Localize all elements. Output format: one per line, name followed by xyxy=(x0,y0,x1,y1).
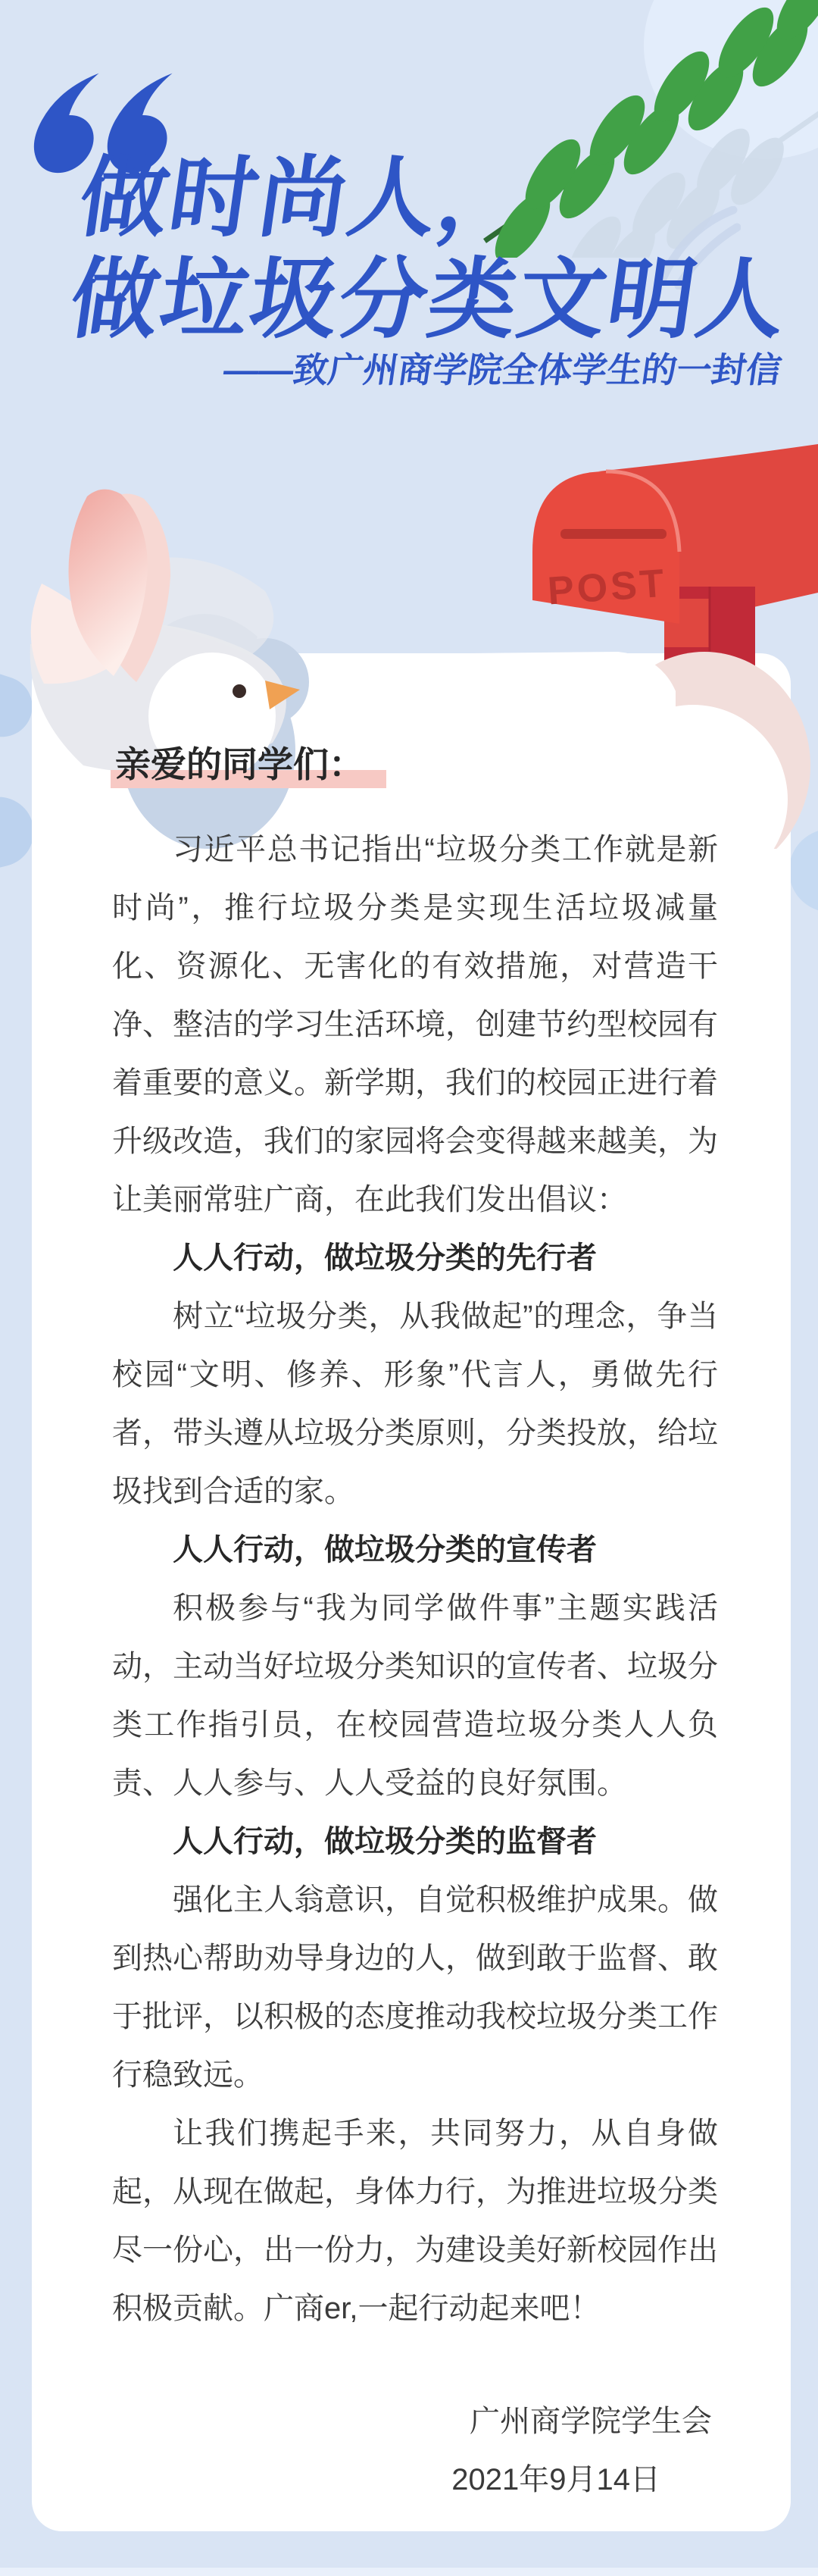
letter-signature-block: 广州商学院学生会 2021年9月14日 xyxy=(112,2393,718,2509)
letter-salutation: 亲爱的同学们： xyxy=(115,737,364,787)
letter-paragraph: 积极参与“我为同学做件事”主题实践活动，主动当好垃圾分类知识的宣传者、垃圾分类工… xyxy=(112,1579,718,1813)
bottom-strip xyxy=(0,2568,818,2576)
poster-canvas: 做时尚人， 做垃圾分类文明人 ——致广州商学院全体学生的一封信 POST xyxy=(0,0,818,2576)
letter-subheading-promoter: 人人行动，做垃圾分类的宣传者 xyxy=(112,1521,718,1579)
dove-icon xyxy=(15,455,333,879)
letter-body: 习近平总书记指出“垃圾分类工作就是新时尚”，推行垃圾分类是实现生活垃圾减量化、资… xyxy=(112,821,718,2509)
date: 2021年9月14日 xyxy=(112,2451,718,2509)
letter-subheading-supervisor: 人人行动，做垃圾分类的监督者 xyxy=(112,1813,718,1871)
letter-paragraph: 树立“垃圾分类，从我做起”的理念，争当校园“文明、修养、形象”代言人，勇做先行者… xyxy=(112,1288,718,1521)
letter-paragraph: 习近平总书记指出“垃圾分类工作就是新时尚”，推行垃圾分类是实现生活垃圾减量化、资… xyxy=(112,821,718,1229)
poster-title-line2: 做垃圾分类文明人 xyxy=(64,229,796,355)
poster-subtitle: ——致广州商学院全体学生的一封信 xyxy=(220,343,785,393)
signature: 广州商学院学生会 xyxy=(112,2393,718,2451)
mailbox-icon: POST xyxy=(470,424,818,849)
dove-eye xyxy=(233,684,246,698)
letter-paragraph: 让我们携起手来，共同努力，从自身做起，从现在做起，身体力行，为推进垃圾分类尽一份… xyxy=(112,2105,718,2338)
letter-paragraph: 强化主人翁意识，自觉积极维护成果。做到热心帮助劝导身边的人，做到敢于监督、敢于批… xyxy=(112,1871,718,2105)
mailbox-post-label: POST xyxy=(546,562,668,614)
letter-subheading-pioneer: 人人行动，做垃圾分类的先行者 xyxy=(112,1229,718,1288)
